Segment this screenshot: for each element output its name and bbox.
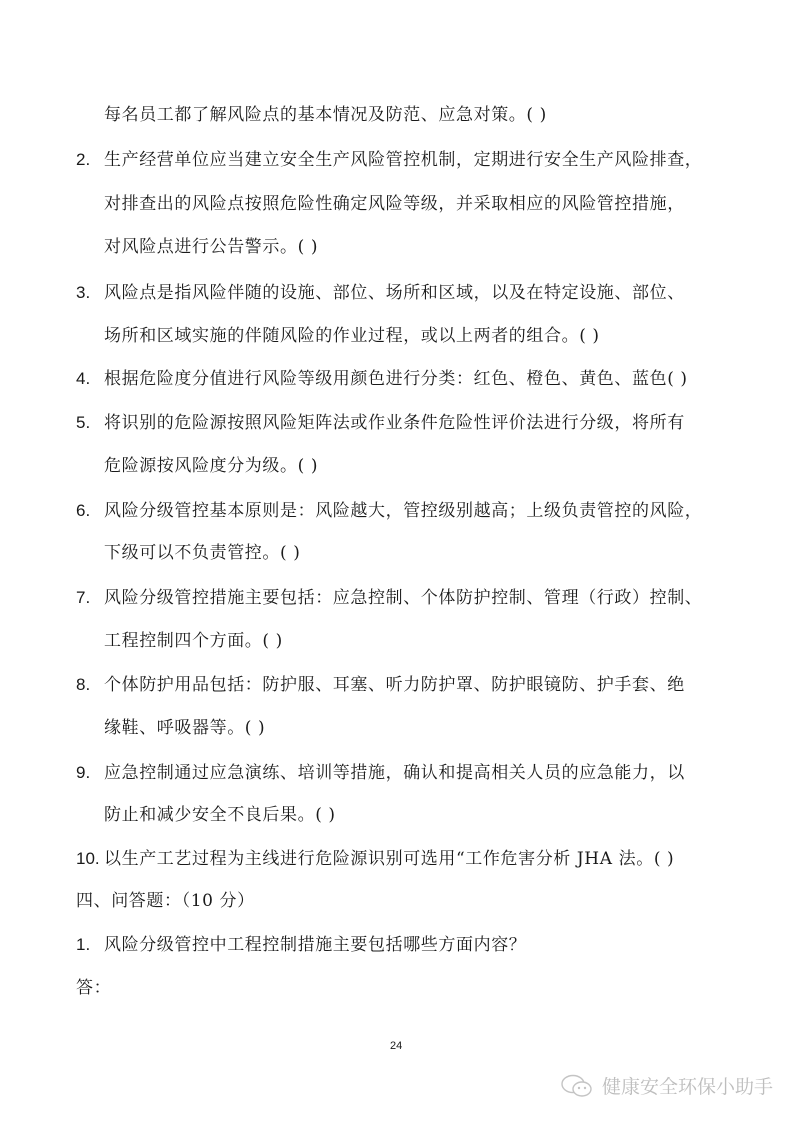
item-line: 将识别的危险源按照风险矩阵法或作业条件危险性评价法进行分级，将所有 — [104, 412, 685, 434]
item-line: 对风险点进行公告警示。( ) — [104, 236, 318, 258]
item-line: 风险分级管控措施主要包括：应急控制、个体防护控制、管理（行政）控制、 — [104, 587, 702, 609]
item-line: 缘鞋、呼吸器等。( ) — [104, 717, 265, 739]
item-line: 生产经营单位应当建立安全生产风险管控机制，定期进行安全生产风险排查， — [104, 149, 702, 171]
item-number: 3. — [76, 282, 90, 304]
item-line: 应急控制通过应急演练、培训等措施，确认和提高相关人员的应急能力，以 — [104, 762, 685, 784]
page-number: 24 — [390, 1040, 402, 1052]
item-number: 10. — [76, 848, 100, 870]
item-number: 5. — [76, 412, 90, 434]
section-title: 四、问答题：（10 分） — [76, 890, 255, 912]
item-line: 风险分级管控基本原则是：风险越大，管控级别越高；上级负责管控的风险， — [104, 500, 702, 522]
item-line: 场所和区域实施的伴随风险的作业过程，或以上两者的组合。( ) — [104, 325, 600, 347]
item-number: 2. — [76, 149, 90, 171]
item-line: 防止和减少安全不良后果。( ) — [104, 804, 336, 826]
item-line: 风险点是指风险伴随的设施、部位、场所和区域，以及在特定设施、部位、 — [104, 282, 685, 304]
item-line: 根据危险度分值进行风险等级用颜色进行分类：红色、橙色、黄色、蓝色( ) — [104, 368, 688, 390]
item-line: 对排查出的风险点按照危险性确定风险等级，并采取相应的风险管控措施， — [104, 193, 685, 215]
item-line: 以生产工艺过程为主线进行危险源识别可选用“工作危害分析 JHA 法。( ) — [104, 848, 674, 870]
item-line: 工程控制四个方面。( ) — [104, 630, 283, 652]
item-number: 4. — [76, 368, 90, 390]
wechat-icon — [560, 1073, 594, 1099]
item-number: 7. — [76, 587, 90, 609]
item-line: 个体防护用品包括：防护服、耳塞、听力防护罩、防护眼镜防、护手套、绝 — [104, 674, 685, 696]
question-text: 风险分级管控中工程控制措施主要包括哪些方面内容？ — [104, 934, 526, 956]
question-number: 1. — [76, 934, 90, 956]
item-number: 8. — [76, 674, 90, 696]
item-number: 9. — [76, 762, 90, 784]
item-number: 6. — [76, 500, 90, 522]
watermark: 健康安全环保小助手 — [560, 1072, 773, 1099]
answer-label: 答： — [76, 977, 111, 999]
item-line: 下级可以不负责管控。( ) — [104, 542, 300, 564]
continuation-line: 每名员工都了解风险点的基本情况及防范、应急对策。( ) — [104, 104, 547, 126]
item-line: 危险源按风险度分为级。( ) — [104, 455, 318, 477]
watermark-text: 健康安全环保小助手 — [602, 1072, 773, 1099]
